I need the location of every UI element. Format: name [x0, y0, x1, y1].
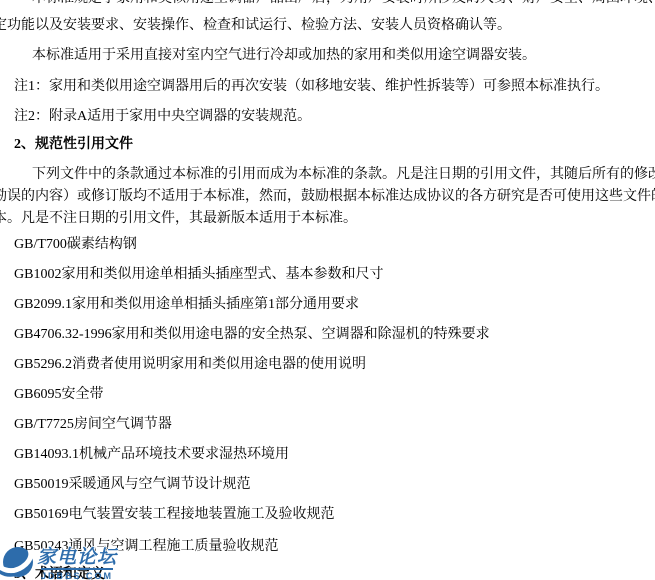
watermark-site-domain: JDBBS.COM — [41, 568, 113, 580]
paragraph-line: 勘误的内容）或修订版均不适用于本标准，然而，鼓励根据本标准达成协议的各方研究是否… — [0, 189, 655, 205]
jdbbs-watermark: 家电论坛 JDBBS.COM — [0, 544, 117, 580]
reference-item: GB5296.2消费者使用说明家用和类似用途电器的使用说明 — [0, 357, 366, 373]
watermark-text: 家电论坛 JDBBS.COM — [37, 548, 117, 580]
reference-item: GB50169电气装置安装工程接地装置施工及验收规范 — [0, 507, 334, 523]
reference-item: GB/T7725房间空气调节器 — [0, 417, 172, 433]
reference-item: GB4706.32-1996家用和类似用途电器的安全热泵、空调器和除湿机的特殊要… — [0, 327, 490, 343]
paragraph-line: 本标准规定了家用和类似用途空调器产品出厂后，为用户安装时所涉及的人身、财产安全、… — [0, 0, 655, 7]
reference-item: GB6095安全带 — [0, 387, 103, 403]
reference-item: GB2099.1家用和类似用途单相插头插座第1部分通用要求 — [0, 297, 359, 313]
reference-item: GB1002家用和类似用途单相插头插座型式、基本参数和尺寸 — [0, 267, 383, 283]
paragraph-line: 本。凡是不注日期的引用文件，其最新版本适用于本标准。 — [0, 211, 357, 227]
reference-item: GB14093.1机械产品环境技术要求湿热环境用 — [0, 447, 289, 463]
reference-item: GB50019采暖通风与空气调节设计规范 — [0, 477, 250, 493]
paragraph-line: 下列文件中的条款通过本标准的引用而成为本标准的条款。凡是注日期的引用文件，其随后… — [0, 167, 655, 183]
paragraph-line: 定功能以及安装要求、安装操作、检查和试运行、检验方法、安装人员资格确认等。 — [0, 18, 511, 34]
watermark-site-name: 家电论坛 — [37, 548, 117, 567]
note-line: 注2：附录A适用于家用中央空调器的安装规范。 — [0, 109, 311, 125]
paragraph-line: 本标准适用于采用直接对室内空气进行冷却或加热的家用和类似用途空调器安装。 — [0, 48, 536, 64]
section-heading-2: 2、规范性引用文件 — [0, 137, 133, 153]
reference-item: GB/T700碳素结构钢 — [0, 237, 137, 253]
document-page: 本标准规定了家用和类似用途空调器产品出厂后，为用户安装时所涉及的人身、财产安全、… — [0, 0, 655, 580]
note-line: 注1：家用和类似用途空调器用后的再次安装（如移地安装、维护性拆装等）可参照本标准… — [0, 79, 609, 95]
globe-swoosh-icon — [0, 544, 36, 580]
